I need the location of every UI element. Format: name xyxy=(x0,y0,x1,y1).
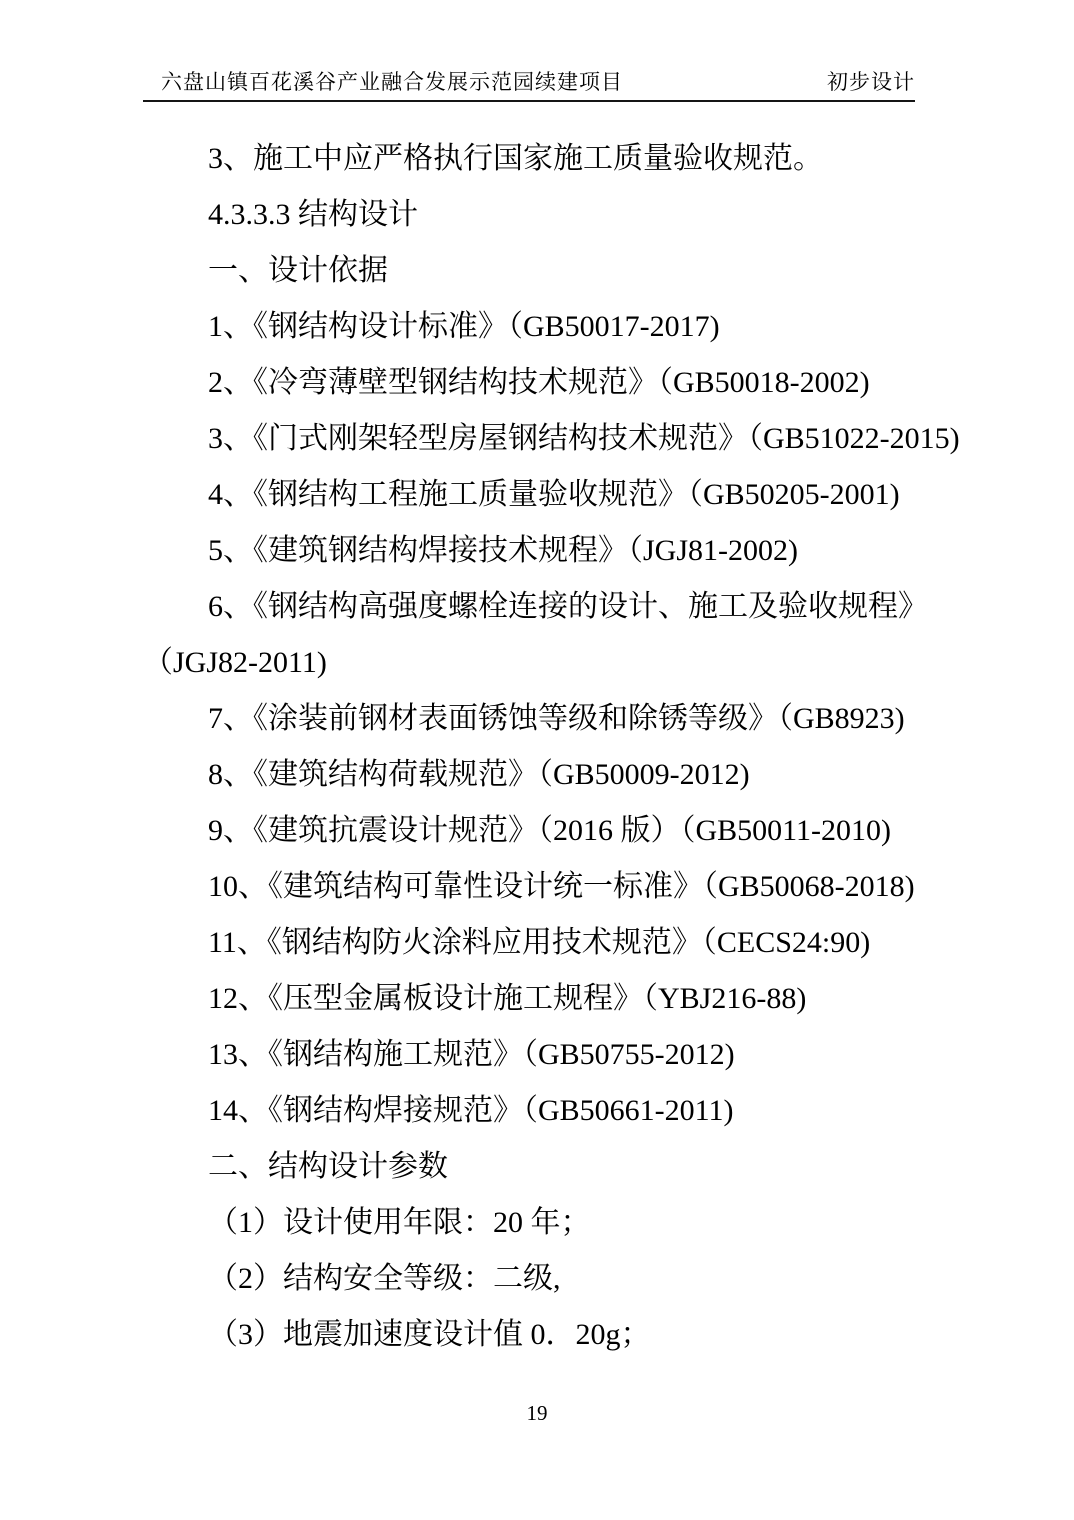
paragraph-line: 9、《建筑抗震设计规范》（2016 版）（GB50011-2010) xyxy=(143,803,938,859)
page-number: 19 xyxy=(527,1401,548,1425)
paragraph-line: 1、《钢结构设计标准》（GB50017-2017) xyxy=(143,299,938,355)
paragraph-line: 6、《钢结构高强度螺栓连接的设计、施工及验收规程》 xyxy=(143,579,938,635)
paragraph-line: （1）设计使用年限：20 年； xyxy=(143,1195,938,1251)
paragraph-line: （3）地震加速度设计值 0．20g； xyxy=(143,1307,938,1363)
paragraph-line: 12、《压型金属板设计施工规程》（YBJ216-88) xyxy=(143,971,938,1027)
page-header: 六盘山镇百花溪谷产业融合发展示范园续建项目 初步设计 xyxy=(143,70,915,102)
header-doc-type: 初步设计 xyxy=(827,70,915,94)
document-page: 六盘山镇百花溪谷产业融合发展示范园续建项目 初步设计 3、施工中应严格执行国家施… xyxy=(0,0,1074,1520)
paragraph-line: 10、《建筑结构可靠性设计统一标准》（GB50068-2018) xyxy=(143,859,938,915)
paragraph-line: 4、《钢结构工程施工质量验收规范》（GB50205-2001) xyxy=(143,467,938,523)
page-footer: 19 xyxy=(0,1401,1074,1426)
paragraph-line: 14、《钢结构焊接规范》（GB50661-2011) xyxy=(143,1083,938,1139)
paragraph-line: 3、施工中应严格执行国家施工质量验收规范。 xyxy=(143,131,938,187)
paragraph-line: 13、《钢结构施工规范》（GB50755-2012) xyxy=(143,1027,938,1083)
paragraph-line: 2、《冷弯薄壁型钢结构技术规范》（GB50018-2002) xyxy=(143,355,938,411)
paragraph-line: 3、《门式刚架轻型房屋钢结构技术规范》（GB51022-2015) xyxy=(143,411,938,467)
paragraph-line: 11、《钢结构防火涂料应用技术规范》（CECS24:90) xyxy=(143,915,938,971)
paragraph-line: （2）结构安全等级：二级, xyxy=(143,1251,938,1307)
paragraph-line: 8、《建筑结构荷载规范》（GB50009-2012) xyxy=(143,747,938,803)
paragraph-line: 二、结构设计参数 xyxy=(143,1139,938,1195)
paragraph-line: 5、《建筑钢结构焊接技术规程》（JGJ81-2002) xyxy=(143,523,938,579)
header-project-title: 六盘山镇百花溪谷产业融合发展示范园续建项目 xyxy=(143,70,623,94)
paragraph-line: 一、设计依据 xyxy=(143,243,938,299)
document-body: 3、施工中应严格执行国家施工质量验收规范。4.3.3.3 结构设计一、设计依据1… xyxy=(143,131,938,1363)
paragraph-line: 4.3.3.3 结构设计 xyxy=(143,187,938,243)
paragraph-line: （JGJ82-2011) xyxy=(143,635,938,691)
paragraph-line: 7、《涂装前钢材表面锈蚀等级和除锈等级》（GB8923) xyxy=(143,691,938,747)
